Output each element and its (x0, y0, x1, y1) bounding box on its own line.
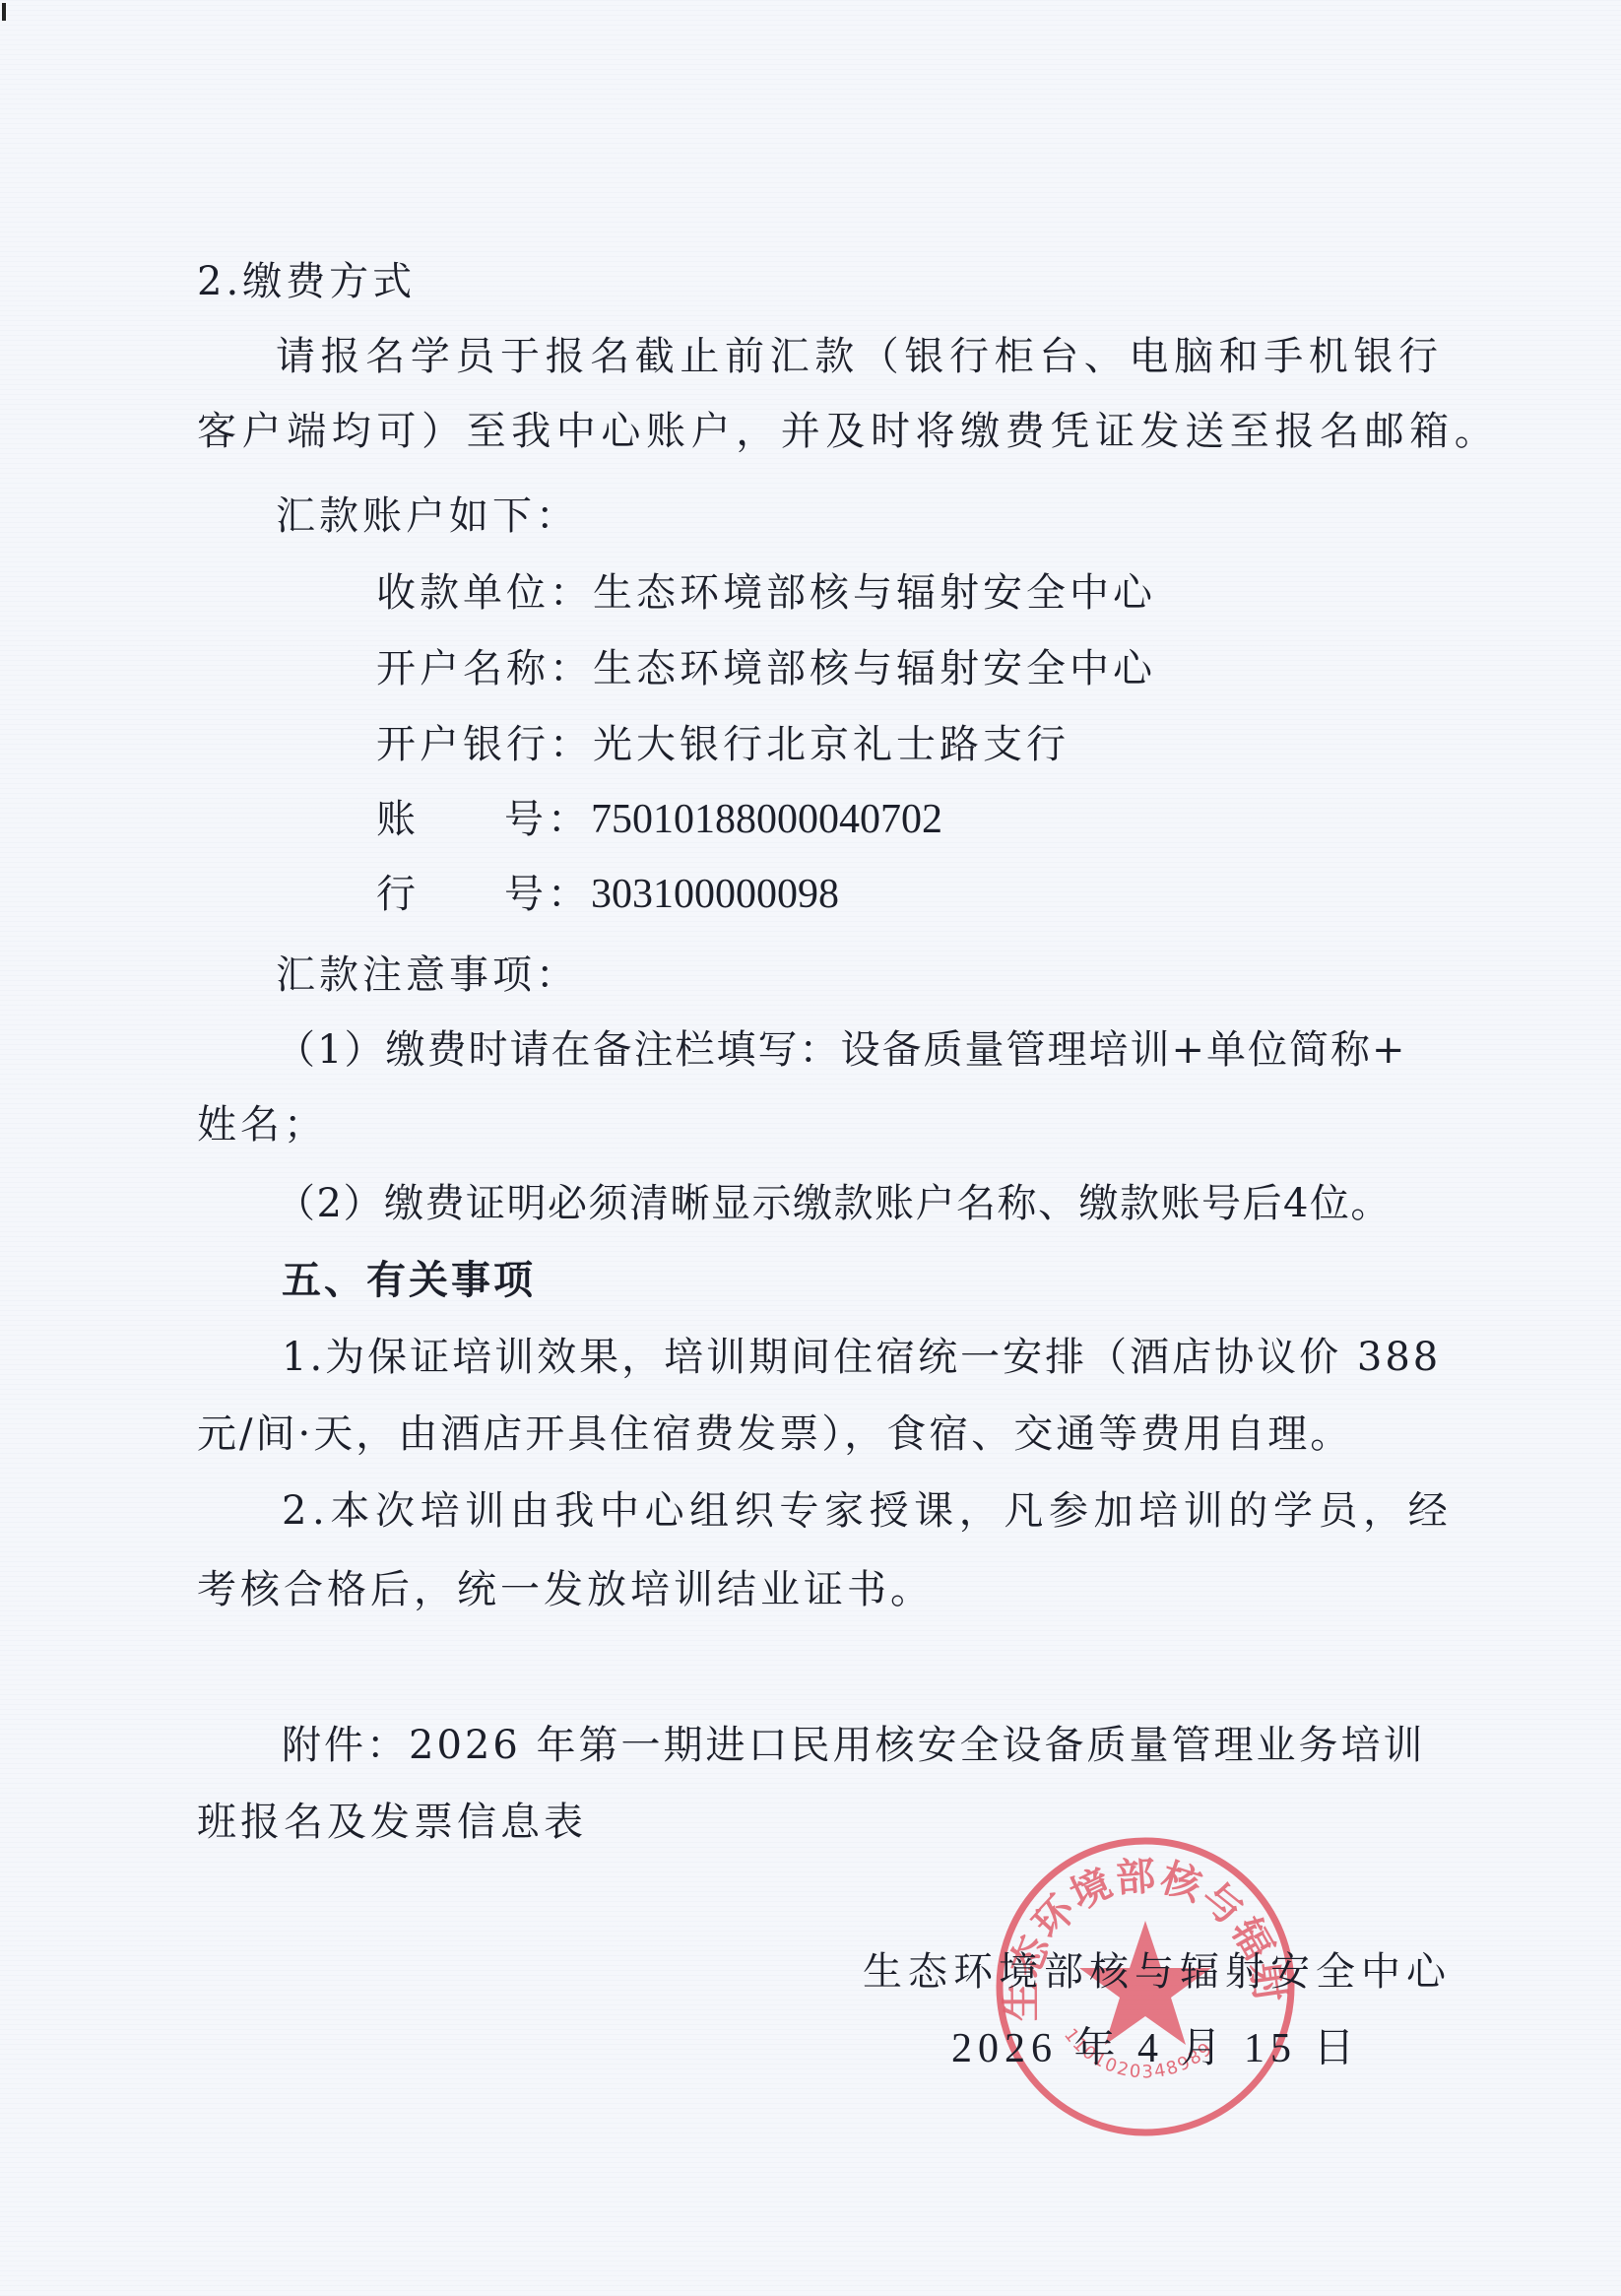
account-field-label: 开户名称： (376, 646, 593, 691)
account-field-label: 开户银行： (376, 722, 593, 767)
signing-organization: 生态环境部核与辐射安全中心 (863, 1948, 1452, 1996)
account-field-value: 生态环境部核与辐射安全中心 (593, 570, 1156, 616)
payment-paragraph-line-1: 请报名学员于报名截止前汇款（银行柜台、电脑和手机银行 (276, 333, 1444, 380)
payment-paragraph-line-2: 客户端均可）至我中心账户，并及时将缴费凭证发送至报名邮箱。 (197, 408, 1499, 455)
scan-corner-mark (2, 3, 6, 21)
account-field-value: 光大银行北京礼士路支行 (593, 722, 1070, 767)
matters-item-2-line-2: 考核合格后，统一发放培训结业证书。 (197, 1566, 934, 1613)
account-field-value: 生态环境部核与辐射安全中心 (593, 646, 1156, 691)
matters-item-1-line-1: 1.为保证培训效果，培训期间住宿统一安排（酒店协议价 388 (282, 1334, 1441, 1381)
account-field-label-right: 号： (504, 797, 591, 842)
attachment-line-2: 班报名及发票信息表 (197, 1799, 587, 1846)
account-field-label-right: 号： (504, 872, 591, 917)
remittance-notes-heading: 汇款注意事项： (276, 951, 579, 999)
matters-item-2-line-1: 2.本次培训由我中心组织专家授课，凡参加培训的学员，经 (282, 1487, 1453, 1535)
account-field-label-left: 账 (376, 797, 420, 842)
note-2: （2）缴费证明必须清晰显示缴款账户名称、缴款账号后4位。 (276, 1180, 1392, 1227)
account-field-payee: 收款单位：生态环境部核与辐射安全中心 (376, 569, 1156, 617)
account-number-value: 75010188000040702 (591, 797, 942, 842)
account-intro: 汇款账户如下： (276, 492, 579, 540)
signing-date: 2026 年 4 月 15 日 (951, 2025, 1361, 2072)
account-field-account-number: 账号：75010188000040702 (376, 796, 942, 843)
matters-item-1-line-2: 元/间·天，由酒店开具住宿费发票），食宿、交通等费用自理。 (197, 1410, 1352, 1458)
account-field-bank: 开户银行：光大银行北京礼士路支行 (376, 721, 1070, 768)
account-field-label: 收款单位： (376, 570, 593, 616)
note-1-line-1: （1）缴费时请在备注栏填写：设备质量管理培训+单位简称+ (276, 1026, 1406, 1074)
attachment-line-1: 附件：2026 年第一期进口民用核安全设备质量管理业务培训 (282, 1722, 1426, 1769)
bank-code-value: 303100000098 (591, 872, 839, 917)
account-field-account-name: 开户名称：生态环境部核与辐射安全中心 (376, 645, 1156, 692)
note-1-line-2: 姓名； (197, 1101, 327, 1148)
related-matters-heading: 五、有关事项 (282, 1257, 536, 1304)
payment-method-heading: 2.缴费方式 (197, 258, 416, 305)
account-field-bank-code: 行号：303100000098 (376, 871, 839, 918)
document-page: 2.缴费方式 请报名学员于报名截止前汇款（银行柜台、电脑和手机银行 客户端均可）… (0, 0, 1621, 2296)
account-field-label-left: 行 (376, 872, 420, 917)
